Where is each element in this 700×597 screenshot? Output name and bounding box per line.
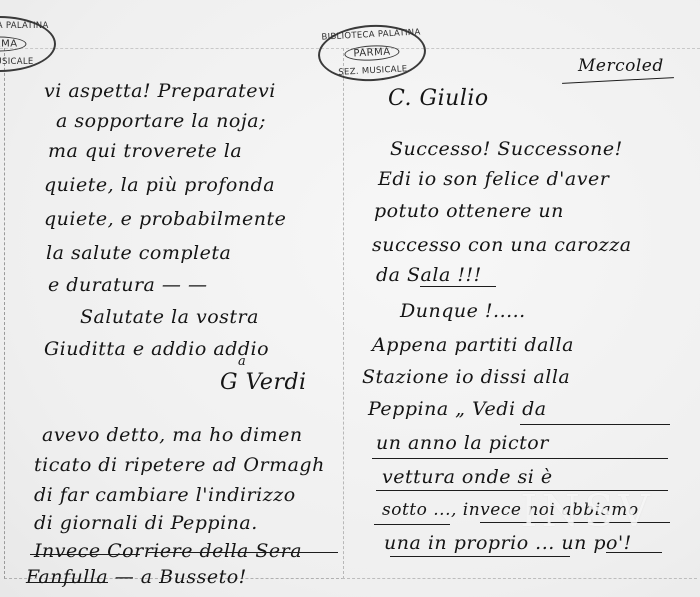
underline xyxy=(606,552,662,553)
left-line-16: Invece Corriere della Sera xyxy=(34,540,302,562)
left-line-13: ticato di ripetere ad Ormagh xyxy=(34,454,325,476)
left-line-6: la salute completa xyxy=(46,242,231,264)
right-line-10: un anno la pictor xyxy=(376,432,549,454)
stamp-top-text: BIBLIOTECA PALATINA xyxy=(319,27,423,42)
underline xyxy=(30,554,140,555)
watermark: INSV xyxy=(520,486,654,537)
left-line-10: a xyxy=(238,354,246,369)
dateline-underline xyxy=(562,77,674,84)
signature: G Verdi xyxy=(220,370,307,395)
underline xyxy=(374,524,450,525)
right-line-3: potuto ottenere un xyxy=(374,200,564,222)
stamp-bottom-text: SEZ. MUSICALE xyxy=(0,57,54,67)
left-line-2: a sopportare la noja; xyxy=(56,110,266,132)
right-line-4: successo con una carozza xyxy=(372,234,632,256)
right-line-6: Dunque !..... xyxy=(400,300,526,322)
dateline: Mercoled xyxy=(578,56,664,76)
right-line-1: Successo! Successone! xyxy=(390,138,623,160)
letter-scan: BIBLIOTECA PALATINA PARMA SEZ. MUSICALE … xyxy=(0,0,700,597)
underline xyxy=(148,552,338,553)
stamp-top-text: BIBLIOTECA PALATINA xyxy=(0,21,54,31)
underline xyxy=(26,582,108,583)
library-stamp-left: BIBLIOTECA PALATINA PARMA SEZ. MUSICALE xyxy=(0,16,56,72)
left-line-3: ma qui troverete la xyxy=(48,140,242,162)
stamp-center-text: PARMA xyxy=(0,37,27,52)
underline xyxy=(372,458,668,459)
underline xyxy=(520,424,670,425)
left-line-17: Fanfulla — a Busseto! xyxy=(26,566,247,588)
right-line-9: Peppina „ Vedi da xyxy=(368,398,547,420)
stamp-bottom-text: SEZ. MUSICALE xyxy=(321,63,425,78)
library-stamp-right: BIBLIOTECA PALATINA PARMA SEZ. MUSICALE xyxy=(317,22,428,84)
left-line-12: avevo detto, ma ho dimen xyxy=(42,424,303,446)
left-line-14: di far cambiare l'indirizzo xyxy=(34,484,296,506)
right-line-8: Stazione io dissi alla xyxy=(362,366,570,388)
left-line-1: vi aspetta! Preparatevi xyxy=(44,80,276,102)
stamp-center-text: PARMA xyxy=(344,44,400,62)
left-line-9: Giuditta e addio addio xyxy=(44,338,269,360)
underline xyxy=(390,556,570,557)
left-line-5: quiete, e probabilmente xyxy=(44,208,286,230)
left-line-15: di giornali di Peppina. xyxy=(34,512,258,534)
left-line-8: Salutate la vostra xyxy=(80,306,259,328)
right-page-border xyxy=(342,578,697,579)
right-line-2: Edi io son felice d'aver xyxy=(378,168,609,190)
left-line-7: e duratura — — xyxy=(48,274,207,296)
right-line-11: vettura onde si è xyxy=(382,466,553,488)
right-line-5: da Sala !!! xyxy=(376,264,482,286)
salutation: C. Giulio xyxy=(388,86,489,111)
underline xyxy=(420,286,496,287)
right-line-7: Appena partiti dalla xyxy=(372,334,574,356)
left-line-4: quiete, la più profonda xyxy=(44,174,275,196)
